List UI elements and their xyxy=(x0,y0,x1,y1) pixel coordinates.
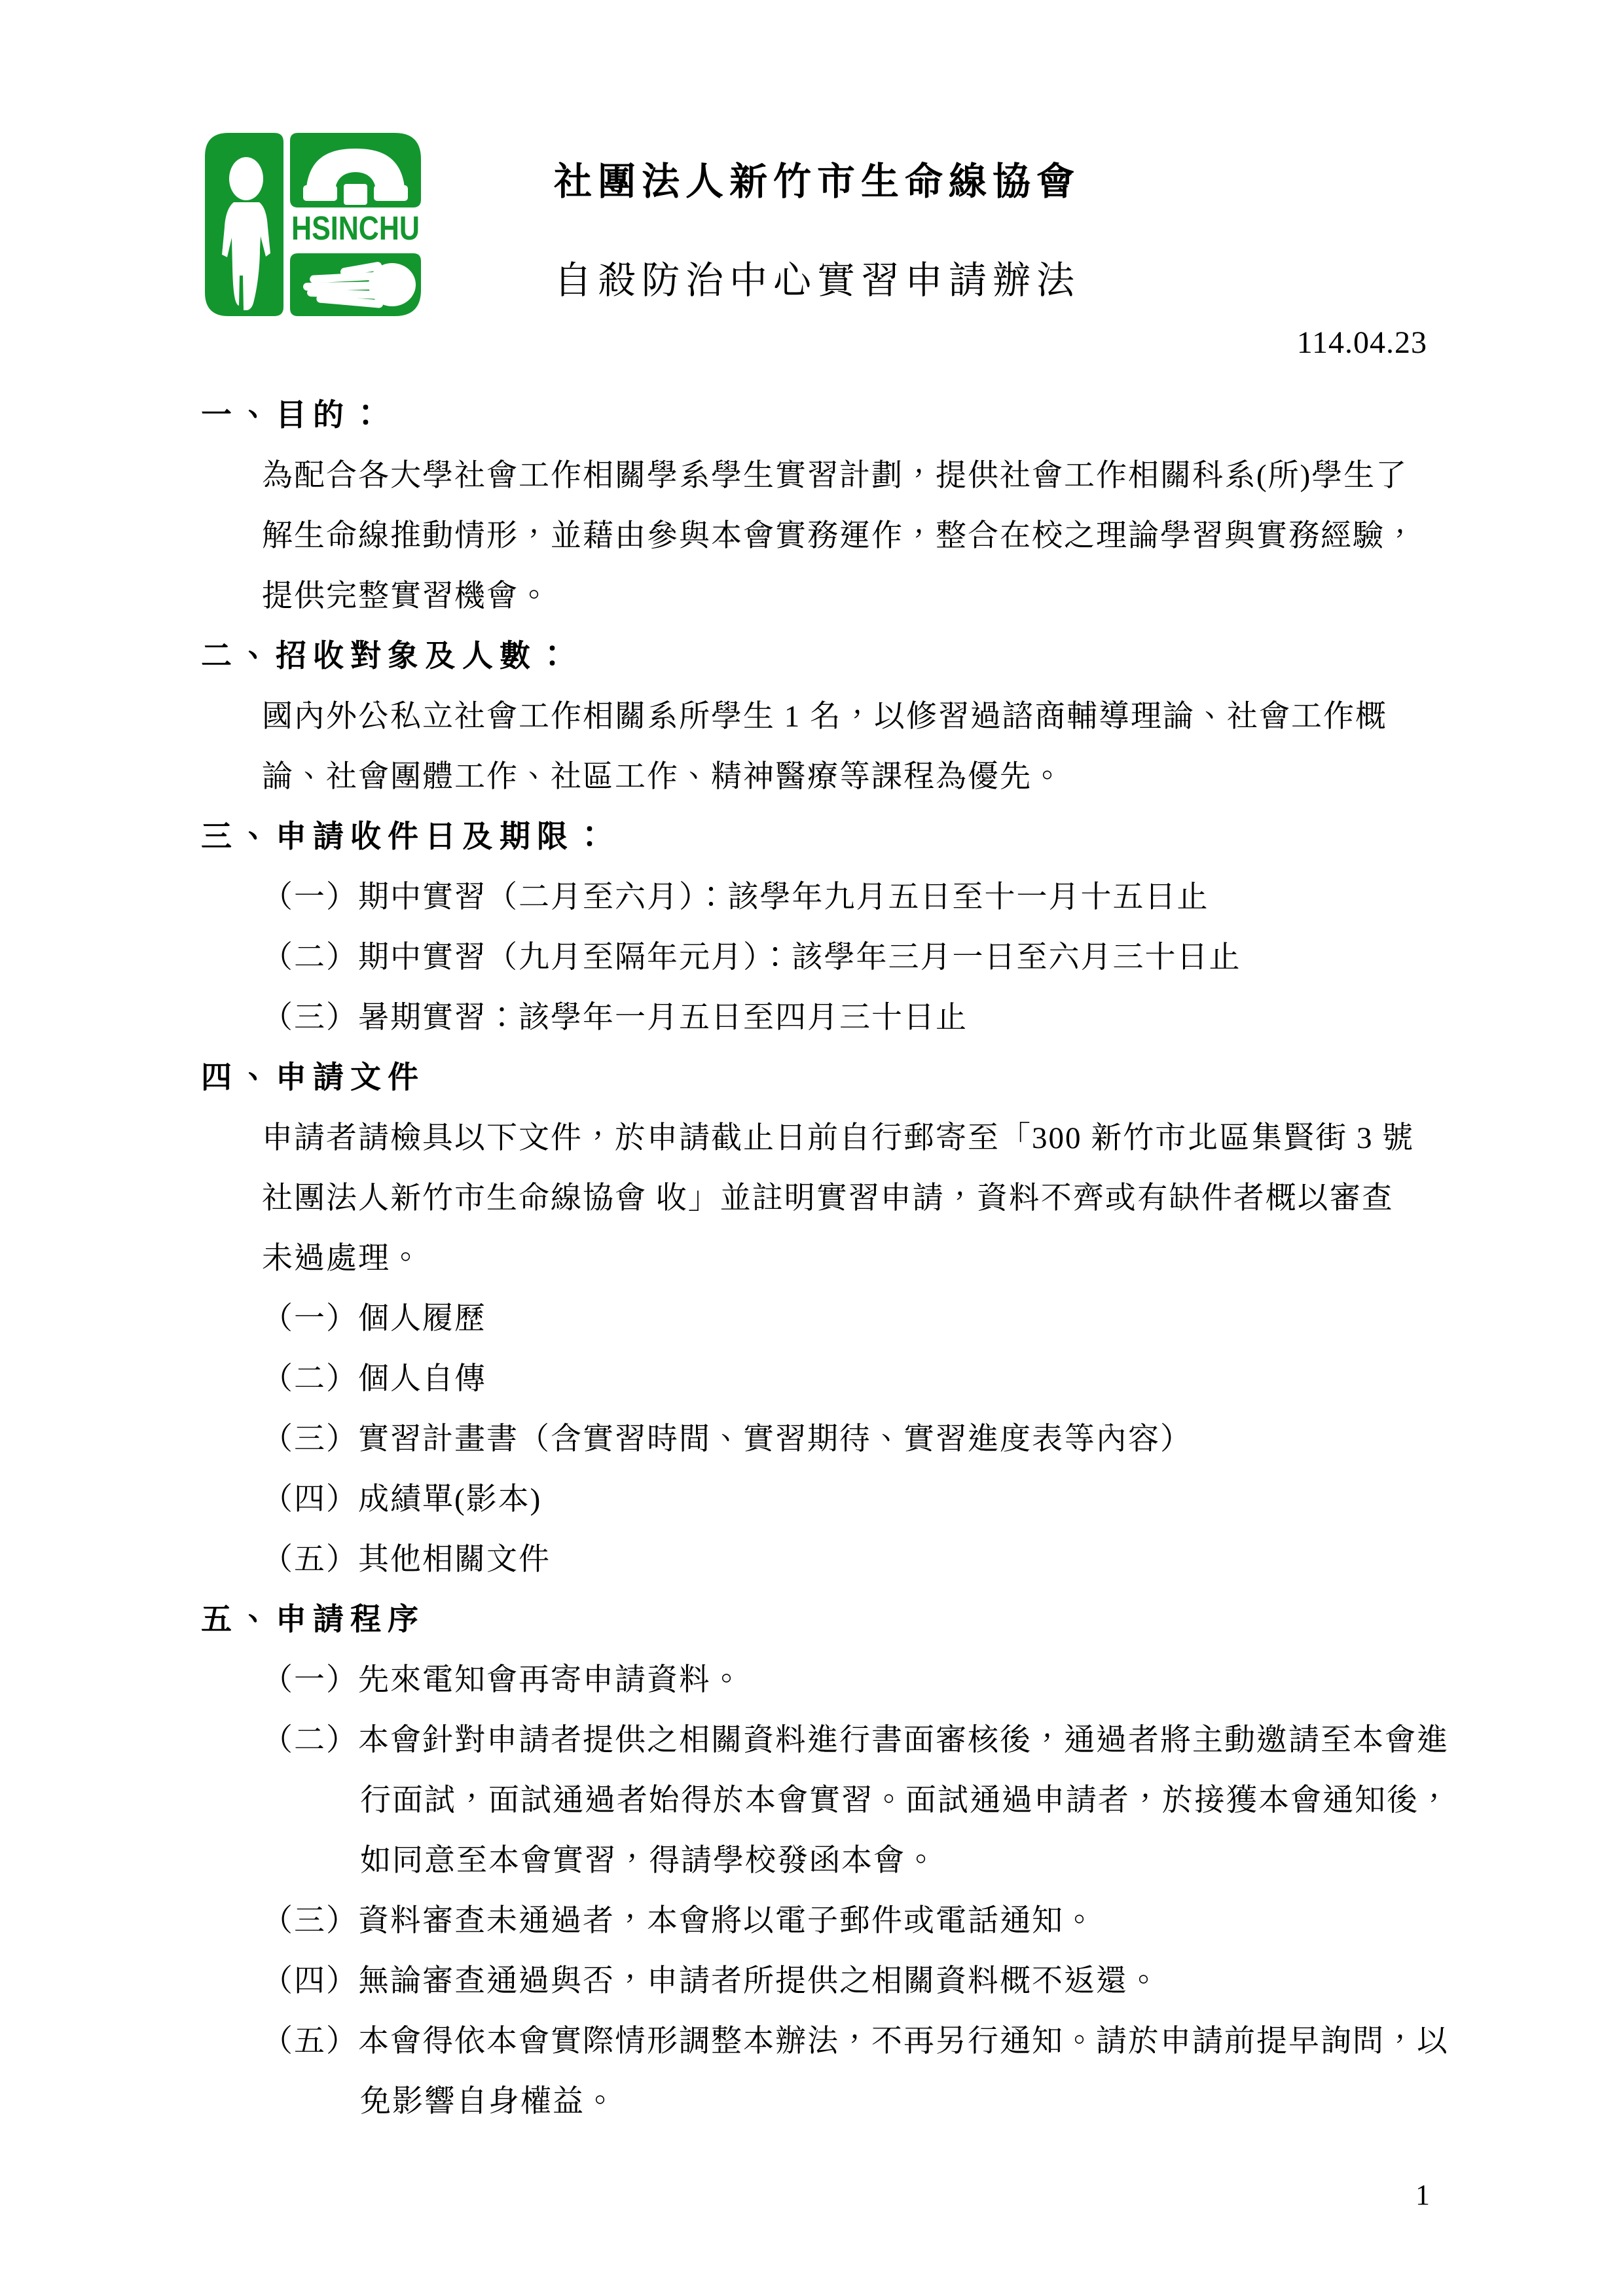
text-line: 如同意至本會實習，得請學校發函本會。 xyxy=(360,1841,938,1880)
list-item: （二）個人自傳 xyxy=(262,1359,486,1399)
section-3-heading: 三、申請收件日及期限： xyxy=(201,817,611,857)
text-line: 申請者請檢具以下文件，於申請截止日前自行郵寄至「300 新竹市北區集賢街 3 號 xyxy=(262,1119,1414,1158)
list-item: （五）本會得依本會實際情形調整本辦法，不再另行通知。請於申請前提早詢問，以 xyxy=(262,2022,1449,2061)
list-item: （四）成績單(影本) xyxy=(262,1480,541,1519)
text-line: 國內外公私立社會工作相關系所學生 1 名，以修習過諮商輔導理論、社會工作概 xyxy=(262,697,1387,736)
section-1-heading: 一、目的： xyxy=(201,396,388,435)
lifeline-logo: HSINCHU xyxy=(205,133,421,316)
list-item: （二）期中實習（九月至隔年元月）：該學年三月一日至六月三十日止 xyxy=(262,938,1241,977)
text-line: 行面試，面試通過者始得於本會實習。面試通過申請者，於接獲本會通知後， xyxy=(360,1781,1451,1820)
list-item: （一）個人履歷 xyxy=(262,1299,486,1338)
list-item: （一）先來電知會再寄申請資料。 xyxy=(262,1660,743,1700)
text-line: 提供完整實習機會。 xyxy=(262,577,551,616)
text-line: 社團法人新竹市生命線協會 收」並註明實習申請，資料不齊或有缺件者概以審查 xyxy=(262,1179,1394,1218)
list-item: （三）暑期實習：該學年一月五日至四月三十日止 xyxy=(262,998,968,1037)
doc-date: 114.04.23 xyxy=(1297,325,1427,361)
text-line: 解生命線推動情形，並藉由參與本會實務運作，整合在校之理論學習與實務經驗， xyxy=(262,516,1417,556)
text-line: 未過處理。 xyxy=(262,1239,422,1278)
list-item: （二）本會針對申請者提供之相關資料進行書面審核後，通過者將主動邀請至本會進 xyxy=(262,1721,1449,1760)
section-5-heading: 五、申請程序 xyxy=(201,1600,425,1640)
list-item: （一）期中實習（二月至六月）：該學年九月五日至十一月十五日止 xyxy=(262,878,1209,917)
list-item: （三）資料審查未通過者，本會將以電子郵件或電話通知。 xyxy=(262,1901,1096,1941)
list-item: （五）其他相關文件 xyxy=(262,1540,551,1579)
text-line: 免影響自身權益。 xyxy=(360,2082,617,2121)
doc-title: 自殺防治中心實習申請辦法 xyxy=(554,249,1080,304)
document-page: HSINCHU 社團法人新竹市生命線協會 自殺防治中心實習申請辦法 114.04… xyxy=(0,0,1623,2296)
list-item: （四）無論審查通過與否，申請者所提供之相關資料概不返還。 xyxy=(262,1962,1160,2001)
section-2-heading: 二、招收對象及人數： xyxy=(201,637,574,676)
text-line: 論、社會團體工作、社區工作、精神醫療等課程為優先。 xyxy=(262,757,1064,797)
list-item: （三）實習計畫書（含實習時間、實習期待、實習進度表等內容） xyxy=(262,1420,1192,1459)
text-line: 為配合各大學社會工作相關學系學生實習計劃，提供社會工作相關科系(所)學生了 xyxy=(262,456,1408,495)
section-4-heading: 四、申請文件 xyxy=(201,1058,425,1098)
page-number: 1 xyxy=(1415,2178,1430,2212)
org-title: 社團法人新竹市生命線協會 xyxy=(554,151,1080,206)
logo-text: HSINCHU xyxy=(291,209,420,247)
